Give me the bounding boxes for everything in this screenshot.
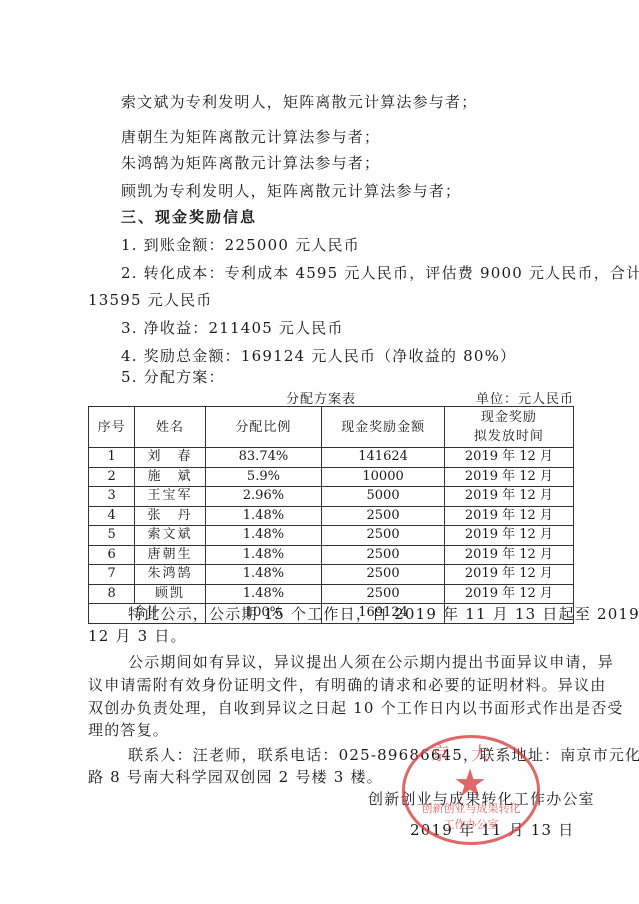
cell-time: 2019 年 12 月 <box>444 506 573 526</box>
cell-ratio: 1.48% <box>205 584 322 604</box>
cell-name: 王宝军 <box>135 487 205 507</box>
participant-line: 顾凯为专利发明人，矩阵离散元计算法参与者； <box>121 181 461 201</box>
item-conversion-cost-cont: 13595 元人民币 <box>88 290 213 310</box>
cell-amount: 141624 <box>322 448 445 468</box>
participant-line: 索文斌为专利发明人，矩阵离散元计算法参与者； <box>121 92 477 112</box>
cell-index: 8 <box>89 584 135 604</box>
cell-amount: 2500 <box>322 526 445 546</box>
document-page: 索文斌为专利发明人，矩阵离散元计算法参与者； 唐朝生为矩阵离散元计算法参与者； … <box>0 0 639 904</box>
section-heading: 三、现金奖励信息 <box>121 207 257 227</box>
item-net-income: 3. 净收益：211405 元人民币 <box>121 318 344 338</box>
participant-line: 朱鸿鹄为矩阵离散元计算法参与者； <box>121 153 380 173</box>
table-header-row: 序号 姓名 分配比例 现金奖励金额 现金奖励 拟发放时间 <box>89 407 574 448</box>
table-row: 5 索文斌 1.48% 2500 2019 年 12 月 <box>89 526 574 546</box>
cell-time: 2019 年 12 月 <box>444 584 573 604</box>
table-row: 2 施 斌 5.9% 10000 2019 年 12 月 <box>89 467 574 487</box>
header-index: 序号 <box>89 407 135 448</box>
objection-line2: 议申请需附有效身份证明文件，有明确的请求和必要的证明材料。异议由 <box>88 675 606 695</box>
table-row: 1 刘 春 83.74% 141624 2019 年 12 月 <box>89 448 574 468</box>
notice-period-line2: 12 月 3 日。 <box>88 626 187 646</box>
cell-time: 2019 年 12 月 <box>444 526 573 546</box>
cell-index: 4 <box>89 506 135 526</box>
cell-index: 2 <box>89 467 135 487</box>
cell-name: 朱鸿鹄 <box>135 565 205 585</box>
item-allocation-plan: 5. 分配方案： <box>121 367 225 387</box>
cell-amount: 5000 <box>322 487 445 507</box>
cell-ratio: 1.48% <box>205 565 322 585</box>
cell-name: 顾凯 <box>135 584 205 604</box>
cell-name: 施 斌 <box>135 467 205 487</box>
item-conversion-cost: 2. 转化成本：专利成本 4595 元人民币，评估费 9000 元人民币，合计 <box>121 263 639 283</box>
cell-amount: 2500 <box>322 565 445 585</box>
cell-name: 刘 春 <box>135 448 205 468</box>
cell-index: 5 <box>89 526 135 546</box>
cell-name: 张 丹 <box>135 506 205 526</box>
cell-ratio: 83.74% <box>205 448 322 468</box>
cell-name: 唐朝生 <box>135 545 205 565</box>
allocation-table: 序号 姓名 分配比例 现金奖励金额 现金奖励 拟发放时间 1 刘 春 83.74… <box>88 406 574 624</box>
header-time: 现金奖励 拟发放时间 <box>444 407 573 448</box>
cell-index: 1 <box>89 448 135 468</box>
cell-index: 6 <box>89 545 135 565</box>
cell-amount: 2500 <box>322 545 445 565</box>
signature-date: 2019 年 11 月 13 日 <box>410 820 574 840</box>
table-title: 分配方案表 <box>286 388 356 407</box>
cell-ratio: 5.9% <box>205 467 322 487</box>
table-row: 7 朱鸿鹄 1.48% 2500 2019 年 12 月 <box>89 565 574 585</box>
cell-name: 索文斌 <box>135 526 205 546</box>
signature-office: 创新创业与成果转化工作办公室 <box>368 789 595 809</box>
header-time-line2: 拟发放时间 <box>445 427 573 446</box>
cell-time: 2019 年 12 月 <box>444 565 573 585</box>
cell-time: 2019 年 12 月 <box>444 487 573 507</box>
cell-time: 2019 年 12 月 <box>444 448 573 468</box>
objection-line1: 公示期间如有异议，异议提出人须在公示期内提出书面异议申请，异 <box>128 652 614 672</box>
cell-amount: 2500 <box>322 584 445 604</box>
participant-line: 唐朝生为矩阵离散元计算法参与者； <box>121 127 380 147</box>
cell-ratio: 2.96% <box>205 487 322 507</box>
header-name: 姓名 <box>135 407 205 448</box>
cell-amount: 10000 <box>322 467 445 487</box>
header-amount: 现金奖励金额 <box>322 407 445 448</box>
cell-index: 3 <box>89 487 135 507</box>
cell-time: 2019 年 12 月 <box>444 545 573 565</box>
cell-amount: 2500 <box>322 506 445 526</box>
contact-line1: 联系人：汪老师，联系电话：025-89686645，联系地址：南京市元化 <box>128 745 639 765</box>
item-received-amount: 1. 到账金额：225000 元人民币 <box>121 235 360 255</box>
cell-ratio: 1.48% <box>205 526 322 546</box>
cell-time: 2019 年 12 月 <box>444 467 573 487</box>
table-row: 8 顾凯 1.48% 2500 2019 年 12 月 <box>89 584 574 604</box>
objection-line4: 理的答复。 <box>88 720 169 740</box>
cell-ratio: 1.48% <box>205 545 322 565</box>
item-total-reward: 4. 奖励总金额：169124 元人民币（净收益的 80%） <box>121 346 516 366</box>
cell-ratio: 1.48% <box>205 506 322 526</box>
table-row: 6 唐朝生 1.48% 2500 2019 年 12 月 <box>89 545 574 565</box>
cell-index: 7 <box>89 565 135 585</box>
table-row: 4 张 丹 1.48% 2500 2019 年 12 月 <box>89 506 574 526</box>
header-time-line1: 现金奖励 <box>445 408 573 427</box>
notice-period-line1: 特此公示，公示期 15 个工作日，自 2019 年 11 月 13 日起至 20… <box>128 604 639 624</box>
table-unit: 单位：元人民币 <box>476 388 574 407</box>
table-row: 3 王宝军 2.96% 5000 2019 年 12 月 <box>89 487 574 507</box>
objection-line3: 双创办负责处理，自收到异议之日起 10 个工作日内以书面形式作出是否受 <box>88 698 624 718</box>
header-ratio: 分配比例 <box>205 407 322 448</box>
contact-line2: 路 8 号南大科学园双创园 2 号楼 3 楼。 <box>88 767 383 787</box>
